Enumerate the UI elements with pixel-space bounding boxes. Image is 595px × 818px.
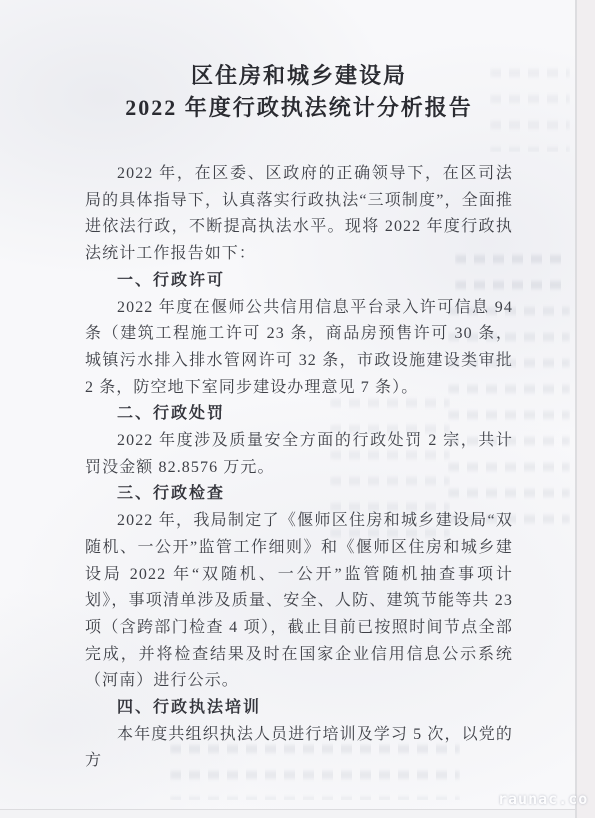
paragraph-intro: 2022 年，在区委、区政府的正确领导下，在区司法局的具体指导下，认真落实行政执… <box>85 161 513 268</box>
scan-edge-bottom <box>0 809 575 818</box>
section-heading-1: 一、行政许可 <box>85 268 513 295</box>
paragraph-penalties: 2022 年度涉及质量安全方面的行政处罚 2 宗，共计罚没金额 82.8576 … <box>85 428 513 481</box>
scan-edge-right <box>575 0 595 818</box>
section-heading-3: 三、行政检查 <box>85 481 513 508</box>
scanned-document-page: 区住房和城乡建设局 2022 年度行政执法统计分析报告 2022 年，在区委、区… <box>0 0 595 818</box>
paper-sheet: 区住房和城乡建设局 2022 年度行政执法统计分析报告 2022 年，在区委、区… <box>0 0 575 809</box>
document-title: 区住房和城乡建设局 2022 年度行政执法统计分析报告 <box>85 60 513 124</box>
paragraph-licensing: 2022 年度在偃师公共信用信息平台录入许可信息 94 条（建筑工程施工许可 2… <box>85 295 513 402</box>
section-heading-2: 二、行政处罚 <box>85 401 513 428</box>
site-watermark: raunac.co <box>498 790 588 808</box>
document-content: 区住房和城乡建设局 2022 年度行政执法统计分析报告 2022 年，在区委、区… <box>85 60 513 775</box>
document-title-line1: 区住房和城乡建设局 <box>191 63 407 88</box>
paragraph-inspections: 2022 年，我局制定了《偃师区住房和城乡建设局“双随机、一公开”监管工作细则》… <box>85 508 513 695</box>
paragraph-training: 本年度共组织执法人员进行培训及学习 5 次，以党的方 <box>85 722 513 775</box>
section-heading-4: 四、行政执法培训 <box>85 695 513 722</box>
document-title-line2: 2022 年度行政执法统计分析报告 <box>125 95 473 120</box>
